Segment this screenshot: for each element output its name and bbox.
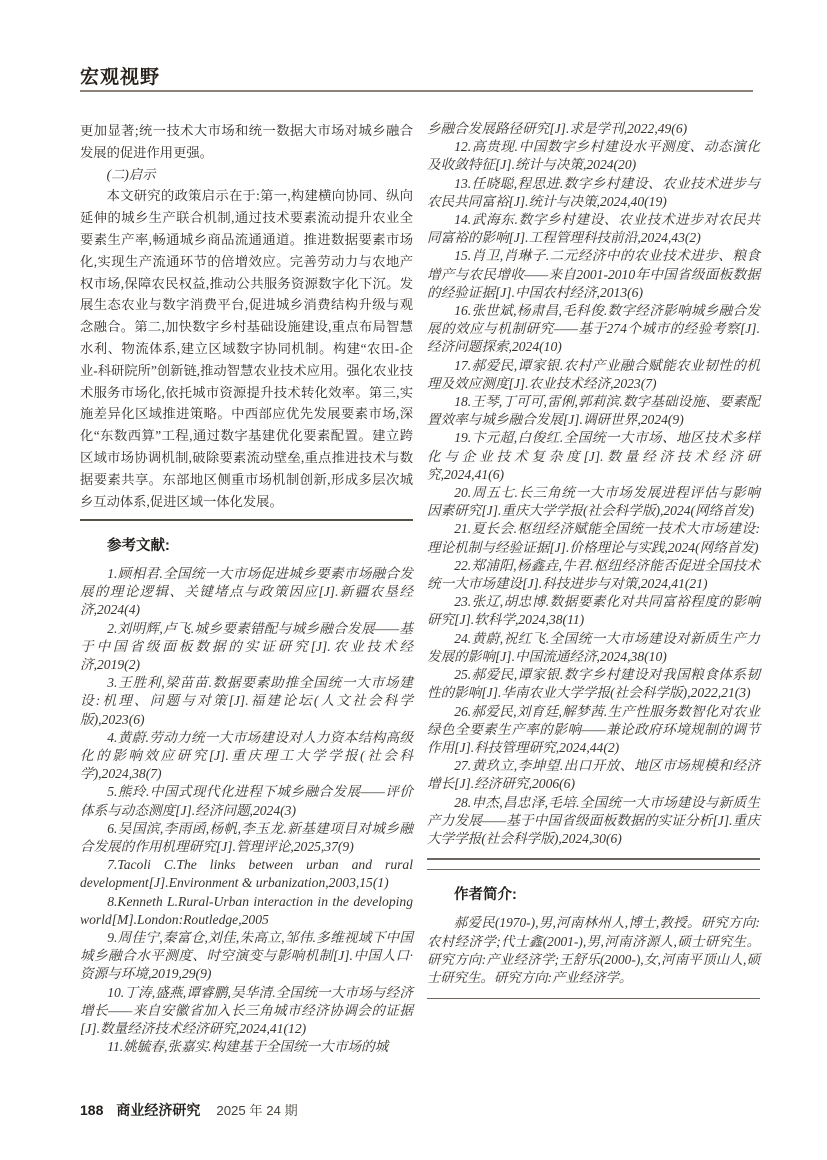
reference-item: 9.周佳宁,秦富仓,刘佳,朱高立,邹伟.多维视域下中国城乡融合水平测度、时空演变…: [80, 929, 413, 984]
reference-item: 15.肖卫,肖琳子.二元经济中的农业技术进步、粮食增产与农民增收——来自2001…: [427, 247, 760, 302]
reference-item: 2.刘明辉,卢飞.城乡要素错配与城乡融合发展——基于中国省级面板数据的实证研究[…: [80, 620, 413, 675]
reference-item: 3.王胜利,梁苗苗.数据要素助推全国统一大市场建设:机理、问题与对策[J].福建…: [80, 674, 413, 729]
references-divider-rule: [80, 519, 413, 521]
reference-item: 23.张辽,胡忠博.数据要素化对共同富裕程度的影响研究[J].软科学,2024,…: [427, 593, 760, 629]
reference-item: 17.郝爱民,谭家银.农村产业融合赋能农业韧性的机理及效应测度[J].农业技术经…: [427, 357, 760, 393]
insights-paragraph: 本文研究的政策启示在于:第一,构建横向协同、纵向延伸的城乡生产联合机制,通过技术…: [80, 185, 413, 512]
reference-item: 20.周五七.长三角统一大市场发展进程评估与影响因素研究[J].重庆大学学报(社…: [427, 484, 760, 520]
header-rule: [80, 90, 753, 92]
reference-item: 7.Tacoli C.The links between urban and r…: [80, 856, 413, 892]
reference-item-continuation: 乡融合发展路径研究[J].求是学刊,2022,49(6): [427, 120, 760, 138]
journal-page: 宏观视野 更加显著;统一技术大市场和统一数据大市场对城乡融合发展的促进作用更强。…: [0, 0, 827, 1160]
reference-item: 24.黄蔚,祝红飞.全国统一大市场建设对新质生产力发展的影响[J].中国流通经济…: [427, 630, 760, 666]
right-column: 乡融合发展路径研究[J].求是学刊,2022,49(6) 12.高贵现.中国数字…: [427, 120, 760, 999]
reference-item: 8.Kenneth L.Rural-Urban interaction in t…: [80, 893, 413, 929]
reference-item: 22.郑浦阳,杨鑫垚,牛君.枢纽经济能否促进全国技术统一大市场建设[J].科技进…: [427, 557, 760, 593]
reference-item: 14.武海东.数字乡村建设、农业技术进步对农民共同富裕的影响[J].工程管理科技…: [427, 211, 760, 247]
issue-label: 2025 年 24 期: [216, 1100, 297, 1119]
author-bio-heading: 作者简介:: [427, 883, 760, 904]
reference-item: 26.郝爱民,刘育廷,解梦茜.生产性服务数智化对农业绿色全要素生产率的影响——兼…: [427, 703, 760, 758]
reference-item: 1.顾相君.全国统一大市场促进城乡要素市场融合发展的理论逻辑、关键堵点与政策因应…: [80, 565, 413, 620]
reference-list-left: 1.顾相君.全国统一大市场促进城乡要素市场融合发展的理论逻辑、关键堵点与政策因应…: [80, 565, 413, 1056]
reference-item: 13.任晓聪,程思进.数字乡村建设、农业技术进步与农民共同富裕[J].统计与决策…: [427, 175, 760, 211]
reference-item: 4.黄蔚.劳动力统一大市场建设对人力资本结构高级化的影响效应研究[J].重庆理工…: [80, 729, 413, 784]
reference-item: 10.丁涛,盛燕,谭睿鹏,吴华清.全国统一大市场与经济增长——来自安徽省加入长三…: [80, 984, 413, 1039]
reference-item: 12.高贵现.中国数字乡村建设水平测度、动态演化及收敛特征[J].统计与决策,2…: [427, 138, 760, 174]
reference-item: 25.郝爱民,谭家银.数字乡村建设对我国粮食体系韧性的影响[J].华南农业大学学…: [427, 666, 760, 702]
rule-bar: [427, 858, 760, 860]
subheading-insights: (二)启示: [80, 164, 413, 186]
reference-item: 21.夏长会.枢纽经济赋能全国统一技术大市场建设:理论机制与经验证据[J].价格…: [427, 520, 760, 556]
author-bio-text: 郝爱民(1970-),男,河南林州人,博士,教授。研究方向:农村经济学;代士鑫(…: [427, 914, 760, 988]
reference-item: 5.熊玲.中国式现代化进程下城乡融合发展——评价体系与动态测度[J].经济问题,…: [80, 783, 413, 819]
reference-item: 27.黄玖立,李坤望.出口开放、地区市场规模和经济增长[J].经济研究,2006…: [427, 757, 760, 793]
rule-bar: [427, 869, 760, 871]
reference-item: 11.姚毓春,张嘉实.构建基于全国统一大市场的城: [80, 1038, 413, 1056]
page-footer: 188 商业经济研究 2025 年 24 期: [80, 1100, 298, 1120]
reference-item: 6.吴国滨,李雨函,杨帆,李玉龙.新基建项目对城乡融合发展的作用机理研究[J].…: [80, 820, 413, 856]
left-column: 更加显著;统一技术大市场和统一数据大市场对城乡融合发展的促进作用更强。 (二)启…: [80, 120, 413, 1056]
journal-name: 商业经济研究: [116, 1100, 200, 1120]
reference-item: 18.王琴,丁可可,雷俐,郭莉滨.数字基础设施、要素配置效率与城乡融合发展[J]…: [427, 393, 760, 429]
reference-list-right: 12.高贵现.中国数字乡村建设水平测度、动态演化及收敛特征[J].统计与决策,2…: [427, 138, 760, 848]
reference-item: 16.张世斌,杨肃昌,毛科俊.数字经济影响城乡融合发展的效应与机制研究——基于2…: [427, 302, 760, 357]
author-bio-double-rule: [427, 858, 760, 870]
column-section-title: 宏观视野: [80, 62, 160, 89]
author-bio-bottom-rule: [427, 998, 760, 1000]
page-number: 188: [80, 1102, 103, 1118]
reference-item: 28.申杰,昌忠泽,毛培.全国统一大市场建设与新质生产力发展——基于中国省级面板…: [427, 794, 760, 849]
reference-item: 19.卞元超,白俊红.全国统一大市场、地区技术多样化与企业技术复杂度[J].数量…: [427, 429, 760, 484]
references-heading: 参考文献:: [80, 534, 413, 555]
paragraph-continuation: 更加显著;统一技术大市场和统一数据大市场对城乡融合发展的促进作用更强。: [80, 120, 413, 164]
